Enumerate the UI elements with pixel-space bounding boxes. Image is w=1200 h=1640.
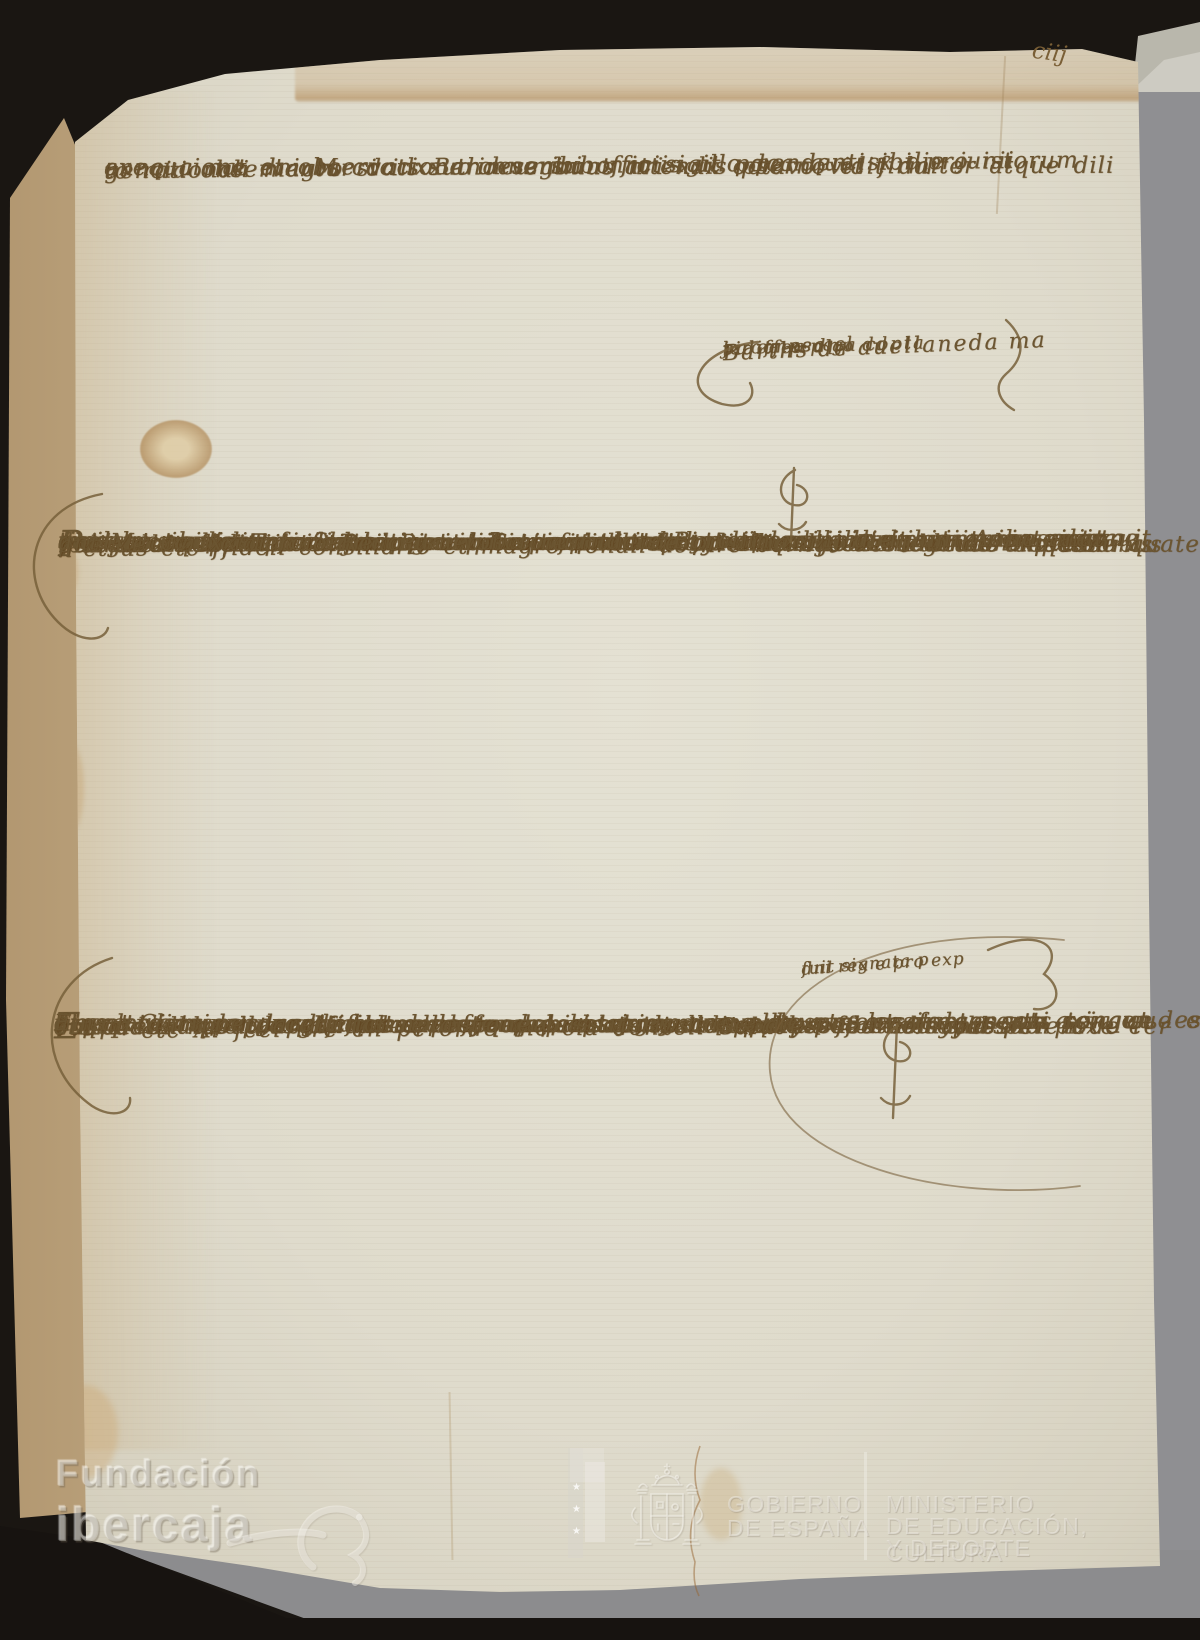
crease-line-bottom xyxy=(449,1392,454,1560)
manuscript-page xyxy=(0,0,1200,1640)
folio-number: ciij xyxy=(1030,38,1068,69)
ink-blot-stain xyxy=(140,420,212,478)
manuscript-line: En altra manera certificam vos que passa… xyxy=(54,1006,987,1046)
manuscript-line: dni M ccc lxx Tercio Rex P xyxy=(58,524,416,562)
foxing-stain-bottom xyxy=(700,1468,742,1540)
tape-stain-top xyxy=(295,36,1147,102)
signature-line: ja conesa xyxy=(722,329,826,364)
document-photo: ciij to rationali magro si in suo rescri… xyxy=(0,0,1200,1640)
binding-shadow-left xyxy=(70,90,220,1450)
black-bottom-band xyxy=(0,1618,1200,1640)
manuscript-line: anno a nat dni M ccc lxx tho vegimus nri… xyxy=(104,146,929,189)
